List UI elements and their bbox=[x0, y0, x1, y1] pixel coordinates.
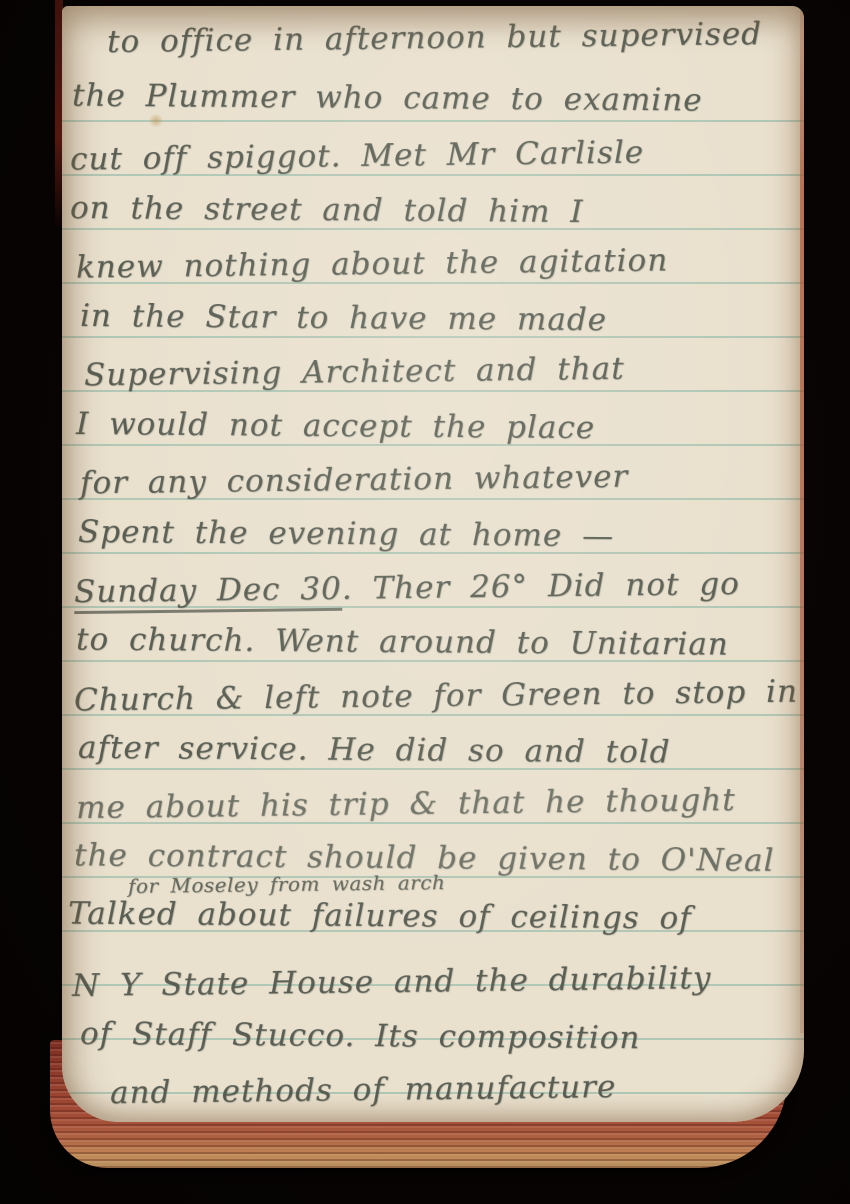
handwritten-line: Talked about failures of ceilings of bbox=[68, 896, 692, 937]
paper-stain bbox=[148, 114, 164, 127]
handwritten-line: to office in afternoon but supervised bbox=[107, 16, 762, 60]
handwritten-line: on the street and told him I bbox=[70, 190, 584, 230]
notebook-page: to office in afternoon but supervised th… bbox=[62, 6, 804, 1122]
handwritten-line: to church. Went around to Unitarian bbox=[76, 621, 729, 662]
photo-background: to office in afternoon but supervised th… bbox=[0, 0, 850, 1204]
handwritten-line: and methods of manufacture bbox=[110, 1069, 617, 1111]
handwritten-line: cut off spiggot. Met Mr Carlisle bbox=[70, 134, 645, 177]
handwritten-line: for any consideration whatever bbox=[80, 459, 629, 502]
handwritten-line: after service. He did so and told bbox=[78, 730, 671, 771]
handwritten-line: of Staff Stucco. Its composition bbox=[80, 1016, 641, 1056]
handwritten-line: Supervising Architect and that bbox=[84, 351, 625, 394]
interlinear-insertion: for Moseley from wash arch bbox=[128, 870, 446, 898]
handwritten-line: knew nothing about the agitation bbox=[76, 242, 669, 285]
handwritten-line: the Plummer who came to examine bbox=[72, 78, 703, 119]
handwritten-line: I would not accept the place bbox=[76, 406, 595, 446]
entry-date-rest: . Ther 26° Did not go bbox=[342, 566, 741, 607]
handwritten-line: Spent the evening at home — bbox=[78, 514, 614, 554]
entry-date: Sunday Dec 30 bbox=[74, 571, 342, 614]
red-stained-edge bbox=[800, 6, 804, 1033]
handwritten-line: in the Star to have me made bbox=[80, 298, 607, 338]
